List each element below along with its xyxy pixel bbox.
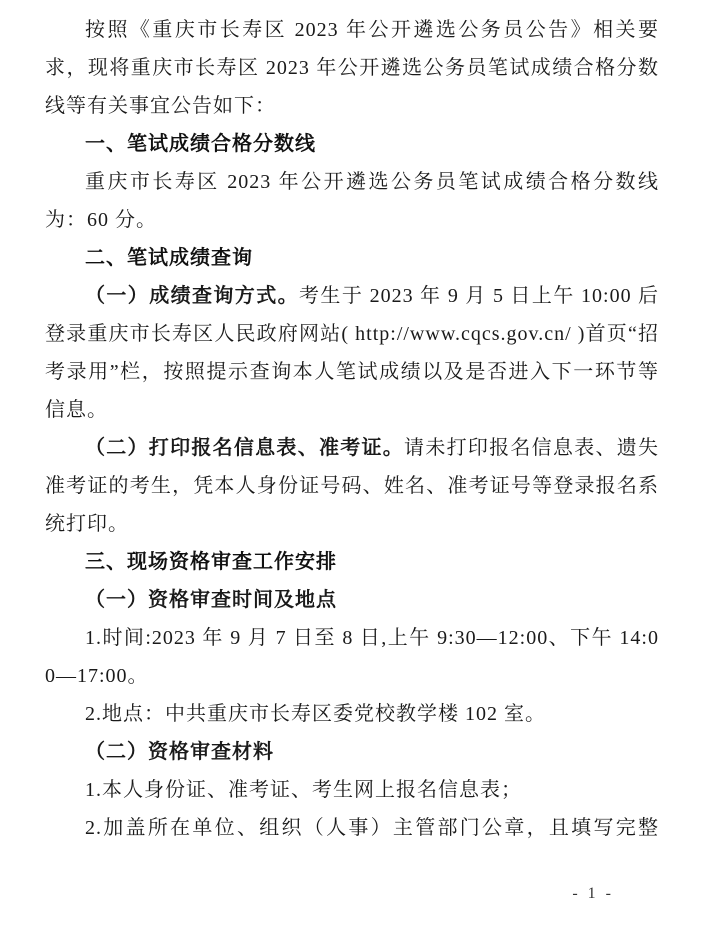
section-3-heading: 三、现场资格审查工作安排 xyxy=(45,543,659,581)
review-location-paragraph: 2.地点：中共重庆市长寿区委党校教学楼 102 室。 xyxy=(45,695,659,733)
subsection-materials-heading: （二）资格审查材料 xyxy=(45,733,659,771)
print-ticket-paragraph: （二）打印报名信息表、准考证。请未打印报名信息表、遗失准考证的考生，凭本人身份证… xyxy=(45,429,659,543)
subsection-time-place-heading: （一）资格审查时间及地点 xyxy=(45,581,659,619)
score-query-lead: （一）成绩查询方式。 xyxy=(85,285,299,307)
page-number: - 1 - xyxy=(572,885,614,903)
passing-score-paragraph: 重庆市长寿区 2023 年公开遴选公务员笔试成绩合格分数线为：60 分。 xyxy=(45,163,659,239)
section-1-heading: 一、笔试成绩合格分数线 xyxy=(45,125,659,163)
material-item-2: 2.加盖所在单位、组织（人事）主管部门公章，且填写完整 xyxy=(45,809,659,847)
material-item-1: 1.本人身份证、准考证、考生网上报名信息表； xyxy=(45,771,659,809)
print-ticket-lead: （二）打印报名信息表、准考证。 xyxy=(85,437,404,459)
intro-paragraph: 按照《重庆市长寿区 2023 年公开遴选公务员公告》相关要求，现将重庆市长寿区 … xyxy=(45,11,659,125)
review-time-paragraph: 1.时间:2023 年 9 月 7 日至 8 日,上午 9:30—12:00、下… xyxy=(45,619,659,695)
score-query-paragraph: （一）成绩查询方式。考生于 2023 年 9 月 5 日上午 10:00 后登录… xyxy=(45,277,659,429)
document-page: 按照《重庆市长寿区 2023 年公开遴选公务员公告》相关要求，现将重庆市长寿区 … xyxy=(45,11,659,847)
section-2-heading: 二、笔试成绩查询 xyxy=(45,239,659,277)
